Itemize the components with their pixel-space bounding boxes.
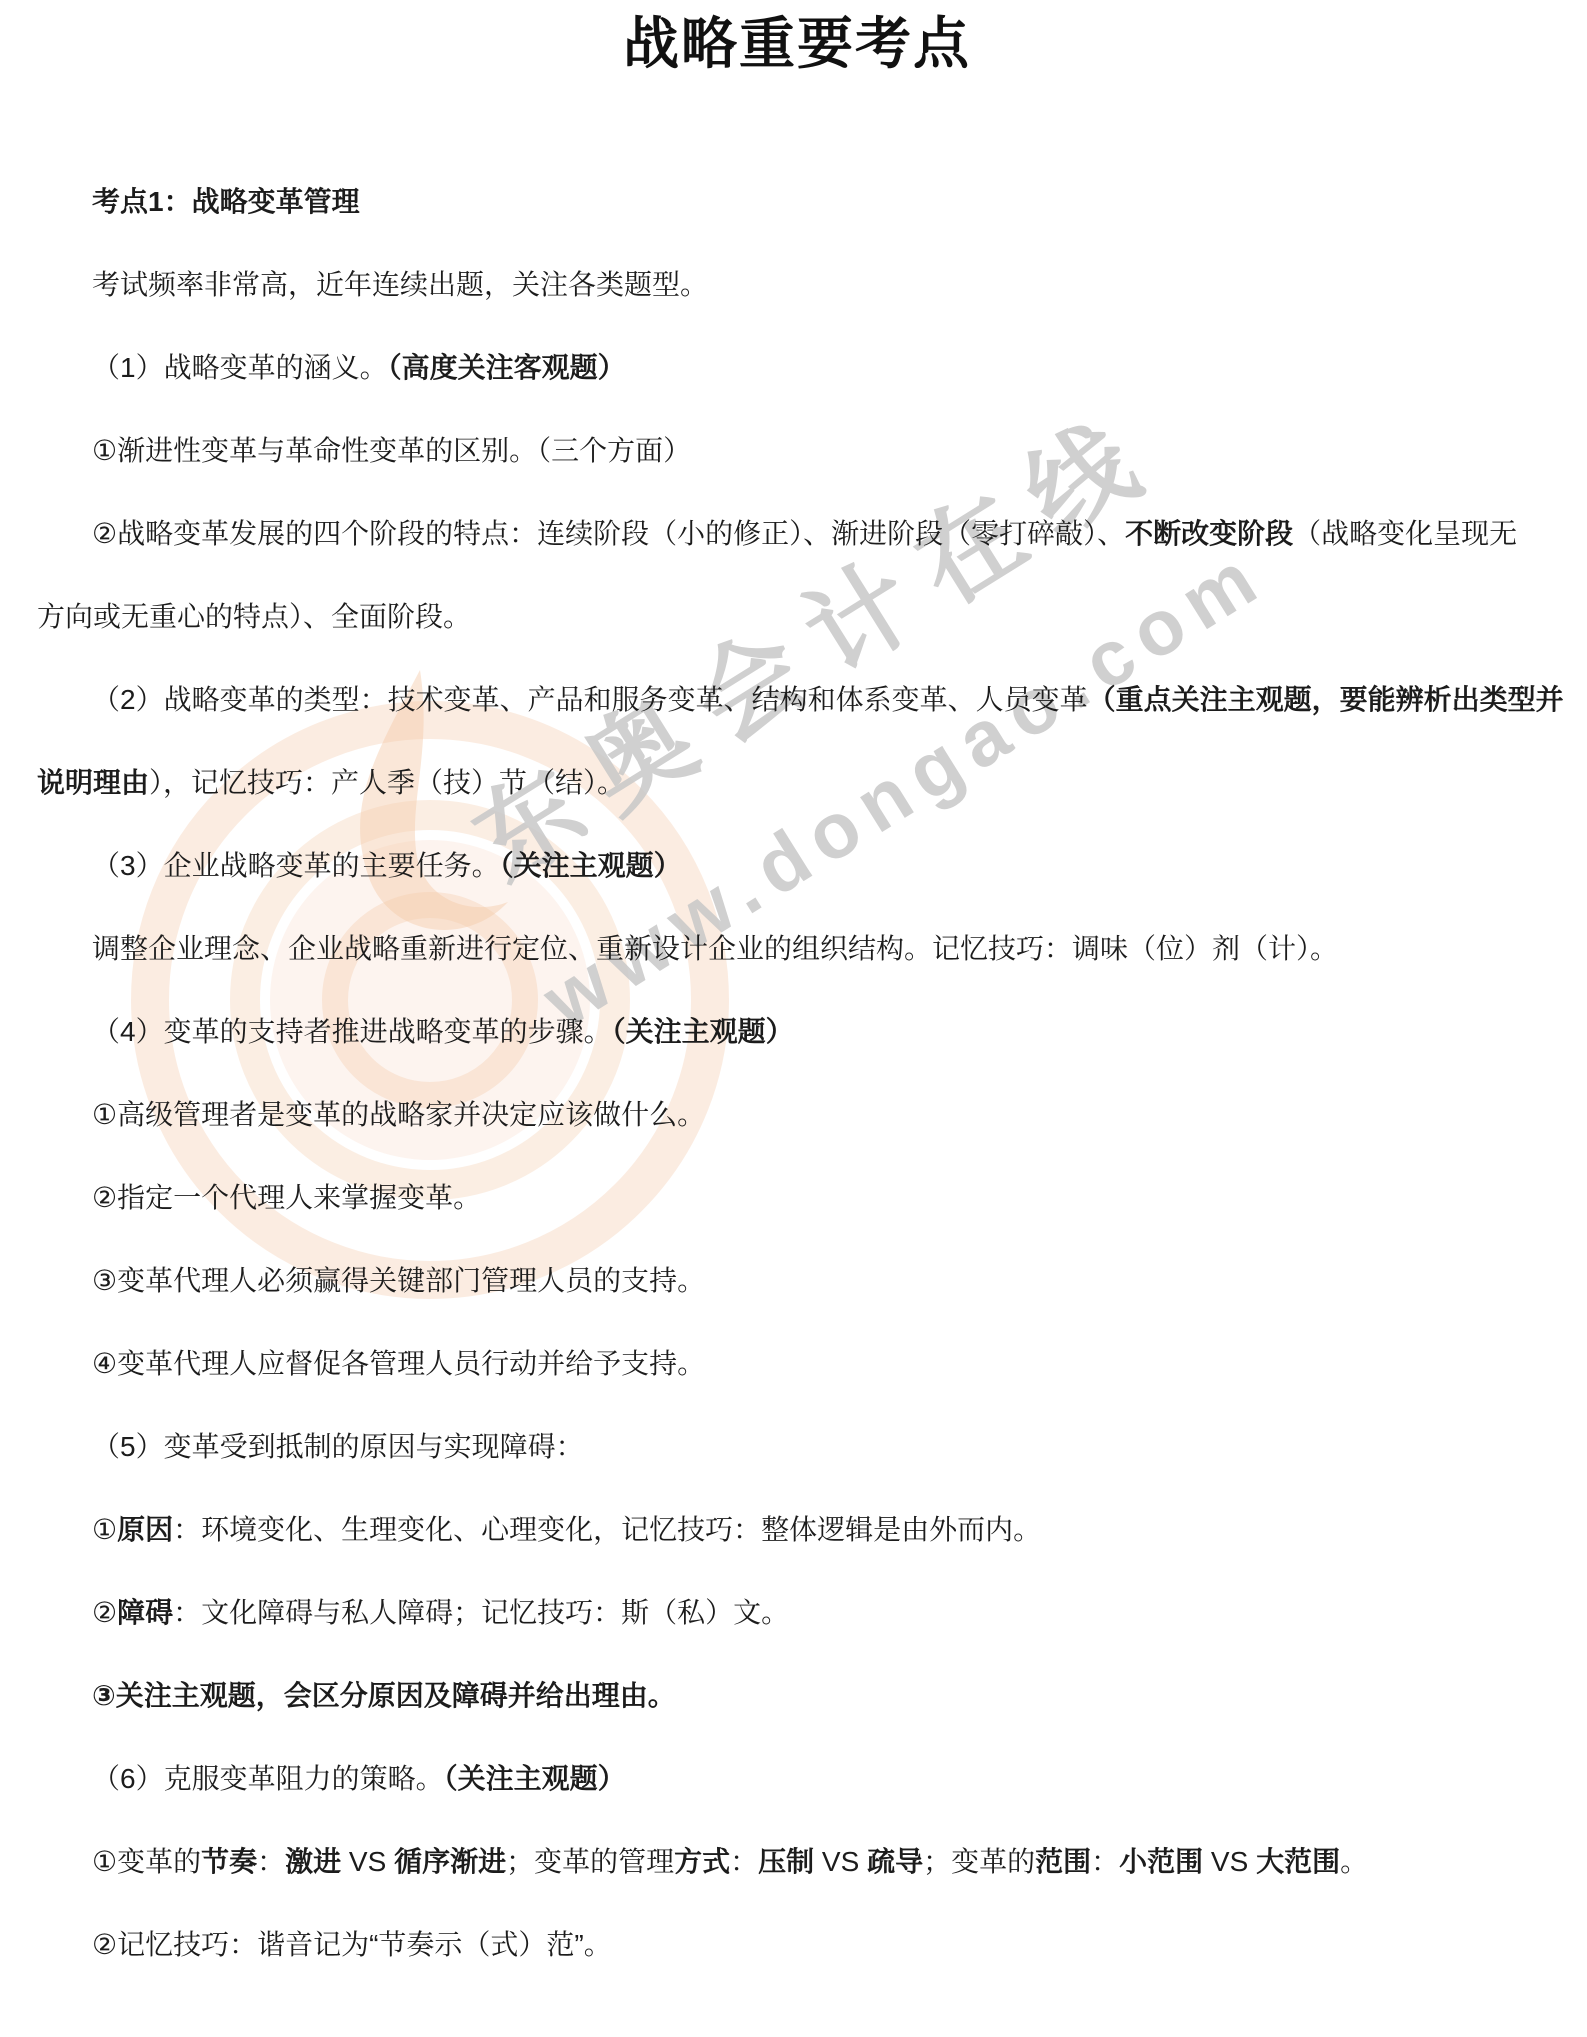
text-segment: （4）变革的支持者推进战略变革的步骤。	[92, 1016, 612, 1047]
text-segment: （高度关注客观题）	[388, 352, 626, 383]
doc-line: （3）企业战略变革的主要任务。（关注主观题）	[37, 824, 1557, 907]
doc-lines: 考点1：战略变革管理考试频率非常高，近年连续出题，关注各类题型。（1）战略变革的…	[37, 160, 1557, 1986]
doc-line: ③变革代理人必须赢得关键部门管理人员的支持。	[37, 1239, 1557, 1322]
document-content: 战略重要考点 考点1：战略变革管理考试频率非常高，近年连续出题，关注各类题型。（…	[0, 0, 1587, 1986]
doc-line: （6）克服变革阻力的策略。（关注主观题）	[37, 1737, 1557, 1820]
text-segment: ①变革的	[92, 1846, 201, 1877]
doc-line: ①渐进性变革与革命性变革的区别。（三个方面）	[37, 409, 1557, 492]
text-segment: VS	[341, 1846, 394, 1877]
text-segment: ：环境变化、生理变化、心理变化，记忆技巧：整体逻辑是由外而内。	[173, 1514, 1041, 1545]
doc-line: 考试频率非常高，近年连续出题，关注各类题型。	[37, 243, 1557, 326]
doc-line: （2）战略变革的类型：技术变革、产品和服务变革、结构和体系变革、人员变革（重点关…	[37, 658, 1557, 741]
text-segment: 考试频率非常高，近年连续出题，关注各类题型。	[92, 269, 708, 300]
doc-line: （4）变革的支持者推进战略变革的步骤。（关注主观题）	[37, 990, 1557, 1073]
document-page: 东奥会计在线 www.dongao.com 战略重要考点 考点1：战略变革管理考…	[0, 0, 1587, 2037]
text-segment: ①	[92, 1514, 117, 1545]
doc-line: ③关注主观题，会区分原因及障碍并给出理由。	[37, 1654, 1557, 1737]
text-segment: VS	[1203, 1846, 1256, 1877]
text-segment: （重点关注主观题，要能辨析出类型并	[1088, 684, 1564, 715]
text-segment: （5）变革受到抵制的原因与实现障碍：	[92, 1431, 584, 1462]
text-segment: ：文化障碍与私人障碍；记忆技巧：斯（私）文。	[173, 1597, 789, 1628]
text-segment: ②指定一个代理人来掌握变革。	[92, 1182, 481, 1213]
doc-line: 考点1：战略变革管理	[37, 160, 1557, 243]
text-segment: ④变革代理人应督促各管理人员行动并给予支持。	[92, 1348, 705, 1379]
text-segment: ②记忆技巧：谐音记为“节奏示（式）范”。	[92, 1929, 612, 1960]
text-segment: （2）战略变革的类型：技术变革、产品和服务变革、结构和体系变革、人员变革	[92, 684, 1088, 715]
text-segment: ；变革的管理	[506, 1846, 674, 1877]
text-segment: （3）企业战略变革的主要任务。	[92, 850, 500, 881]
doc-line: ②战略变革发展的四个阶段的特点：连续阶段（小的修正）、渐进阶段（零打碎敲）、不断…	[37, 492, 1557, 575]
text-segment: ：	[1091, 1846, 1119, 1877]
text-segment: 不断改变阶段	[1125, 518, 1293, 549]
text-segment: （关注主观题）	[612, 1016, 794, 1047]
text-segment: ②战略变革发展的四个阶段的特点：连续阶段（小的修正）、渐进阶段（零打碎敲）、	[92, 518, 1125, 549]
text-segment: ②	[92, 1597, 117, 1628]
doc-line: ②障碍：文化障碍与私人障碍；记忆技巧：斯（私）文。	[37, 1571, 1557, 1654]
text-segment: ：	[730, 1846, 758, 1877]
text-segment: （1）战略变革的涵义。	[92, 352, 388, 383]
text-segment: 范围	[1035, 1846, 1091, 1877]
text-segment: （战略变化呈现无	[1293, 518, 1517, 549]
doc-line: （1）战略变革的涵义。（高度关注客观题）	[37, 326, 1557, 409]
text-segment: （关注主观题）	[444, 1763, 626, 1794]
text-segment: 说明理由	[37, 767, 149, 798]
doc-line: 说明理由），记忆技巧：产人季（技）节（结）。	[37, 741, 1557, 824]
text-segment: ：	[257, 1846, 285, 1877]
text-segment: ①高级管理者是变革的战略家并决定应该做什么。	[92, 1099, 705, 1130]
text-segment: 方向或无重心的特点）、全面阶段。	[37, 601, 471, 632]
text-segment: ③变革代理人必须赢得关键部门管理人员的支持。	[92, 1265, 705, 1296]
text-segment: （6）克服变革阻力的策略。	[92, 1763, 444, 1794]
doc-line: ④变革代理人应督促各管理人员行动并给予支持。	[37, 1322, 1557, 1405]
text-segment: 调整企业理念、企业战略重新进行定位、重新设计企业的组织结构。记忆技巧：调味（位）…	[92, 933, 1338, 964]
doc-line: ②指定一个代理人来掌握变革。	[37, 1156, 1557, 1239]
text-segment: 循序渐进	[394, 1846, 506, 1877]
text-segment: 大范围	[1256, 1846, 1340, 1877]
text-segment: 节奏	[201, 1846, 257, 1877]
text-segment: 压制	[758, 1846, 814, 1877]
text-segment: ），记忆技巧：产人季（技）节（结）。	[149, 767, 625, 798]
text-segment: 小范围	[1119, 1846, 1203, 1877]
text-segment: 原因	[117, 1514, 173, 1545]
text-segment: ；变革的	[923, 1846, 1035, 1877]
text-segment: 障碍	[117, 1597, 173, 1628]
text-segment: VS	[814, 1846, 867, 1877]
doc-line: 方向或无重心的特点）、全面阶段。	[37, 575, 1557, 658]
text-segment: 方式	[674, 1846, 730, 1877]
doc-line: ①高级管理者是变革的战略家并决定应该做什么。	[37, 1073, 1557, 1156]
text-segment: 考点1：战略变革管理	[92, 186, 360, 217]
doc-line: （5）变革受到抵制的原因与实现障碍：	[37, 1405, 1557, 1488]
text-segment: 激进	[285, 1846, 341, 1877]
text-segment: ③关注主观题，会区分原因及障碍并给出理由。	[92, 1680, 676, 1711]
text-segment: 。	[1340, 1846, 1368, 1877]
text-segment: 疏导	[867, 1846, 923, 1877]
page-title: 战略重要考点	[37, 12, 1557, 76]
doc-line: ②记忆技巧：谐音记为“节奏示（式）范”。	[37, 1903, 1557, 1986]
text-segment: （关注主观题）	[500, 850, 682, 881]
doc-line: ①原因：环境变化、生理变化、心理变化，记忆技巧：整体逻辑是由外而内。	[37, 1488, 1557, 1571]
doc-line: 调整企业理念、企业战略重新进行定位、重新设计企业的组织结构。记忆技巧：调味（位）…	[37, 907, 1557, 990]
doc-line: ①变革的节奏：激进 VS 循序渐进；变革的管理方式：压制 VS 疏导；变革的范围…	[37, 1820, 1557, 1903]
text-segment: ①渐进性变革与革命性变革的区别。（三个方面）	[92, 435, 691, 466]
